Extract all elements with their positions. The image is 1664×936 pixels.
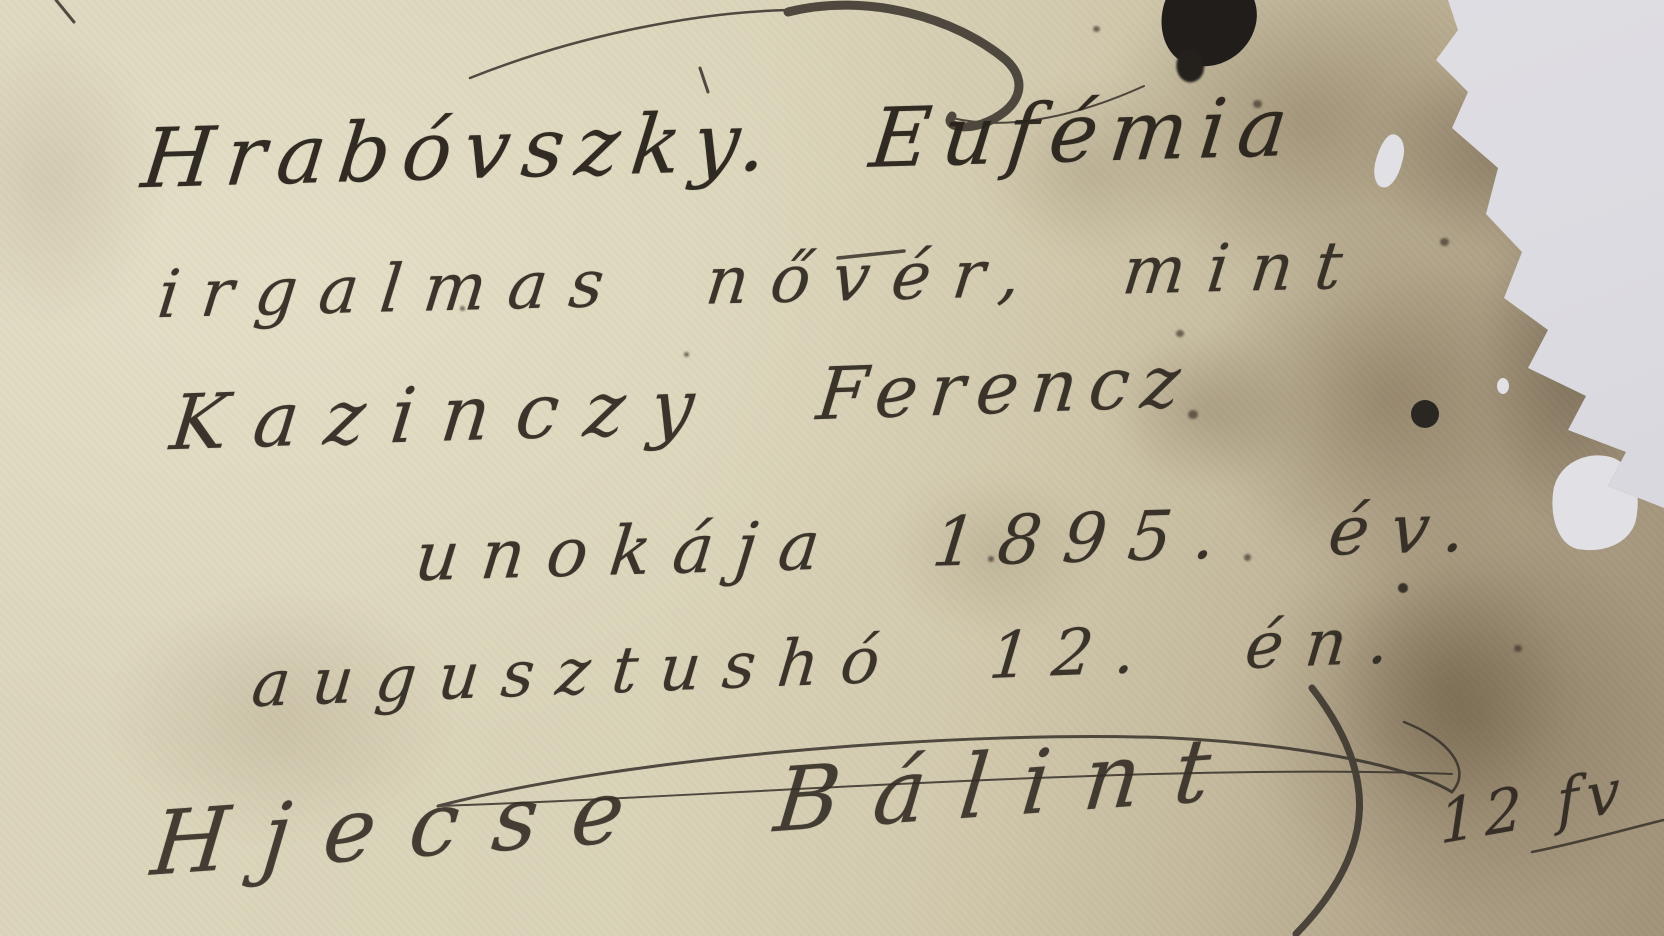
ink-dot	[1411, 400, 1439, 428]
document-photo: Hrabóvszky. Eufémia irgalmas nővér, mint…	[0, 0, 1664, 936]
handwritten-line-3-word-2: Ferencz	[813, 339, 1196, 436]
torn-hole	[1497, 378, 1509, 394]
ink-dot-small	[1398, 583, 1408, 593]
torn-hole	[1549, 76, 1575, 111]
handwritten-line-3-word-1: Kazinczy	[166, 361, 724, 468]
paper-stain	[1370, 50, 1640, 260]
paper-stain	[0, 30, 160, 330]
